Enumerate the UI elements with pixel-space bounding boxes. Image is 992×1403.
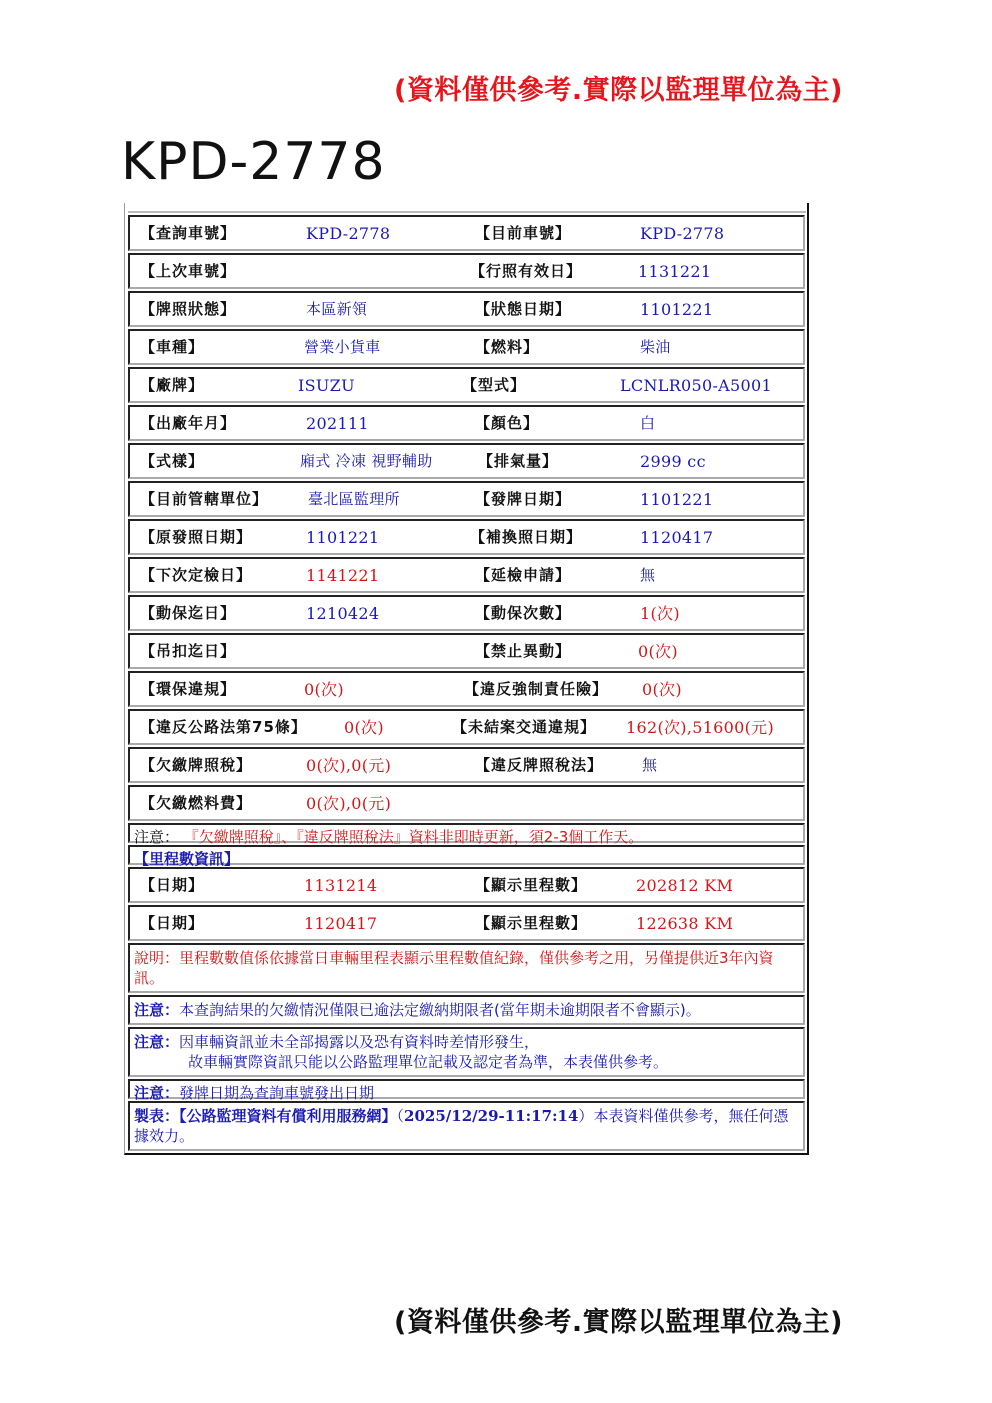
- tax-note: 注意： 『欠繳牌照稅』、『違反牌照稅法』資料非即時更新，須2-3個工作天。: [128, 823, 805, 843]
- note-text: 發牌日期為查詢車號發出日期: [179, 1084, 374, 1102]
- field-label: 【欠繳牌照稅】: [140, 749, 252, 782]
- field-value: 1141221: [306, 559, 379, 592]
- field-label: 【狀態日期】: [475, 293, 571, 326]
- field-value: ISUZU: [298, 369, 355, 402]
- info-row: 【上次車號】【行照有效日】1131221: [128, 253, 805, 289]
- field-value: 0(次),0(元): [306, 787, 391, 820]
- field-value: LCNLR050-A5001: [620, 369, 772, 402]
- note-text-line2: 故車輛實際資訊只能以公路監理單位記載及認定者為準，本表僅供參考。: [134, 1052, 799, 1072]
- mileage-date: 1120417: [304, 907, 377, 940]
- mileage-rows: 【日期】1131214【顯示里程數】202812 KM【日期】1120417【顯…: [125, 867, 807, 941]
- field-label: 【延檢申請】: [475, 559, 571, 592]
- mileage-section-title: 【里程數資訊】: [134, 850, 239, 868]
- field-label: 【禁止異動】: [475, 635, 571, 668]
- field-value: 2999 cc: [640, 445, 706, 478]
- field-value: 1210424: [306, 597, 379, 630]
- report-footer: 製表：【公路監理資料有償利用服務網】（2025/12/29-11:17:14）本…: [128, 1101, 805, 1151]
- field-label: 【行照有效日】: [470, 255, 582, 288]
- footer-paren-open: （: [397, 1107, 405, 1125]
- field-value: 廂式 冷凍 視野輔助: [300, 445, 433, 478]
- mileage-km: 122638 KM: [636, 907, 733, 940]
- table-top-spacer: [128, 203, 806, 213]
- field-label: 【違反公路法第75條】: [140, 711, 307, 744]
- field-value: 0(次),0(元): [306, 749, 391, 782]
- info-row: 【欠繳燃料費】0(次),0(元): [128, 785, 805, 821]
- field-value: 本區新領: [306, 293, 367, 326]
- field-label: 【補換照日期】: [470, 521, 582, 554]
- mileage-date-label: 【日期】: [140, 907, 204, 940]
- info-row: 【下次定檢日】1141221【延檢申請】無: [128, 557, 805, 593]
- mileage-explanation: 說明：里程數數值係依據當日車輛里程表顯示里程數值紀錄，僅供參考之用，另僅提供近3…: [128, 943, 805, 993]
- info-row: 【牌照狀態】本區新領【狀態日期】1101221: [128, 291, 805, 327]
- field-label: 【違反強制責任險】: [464, 673, 608, 706]
- info-row: 【原發照日期】1101221【補換照日期】1120417: [128, 519, 805, 555]
- field-value: 0(次): [638, 635, 678, 668]
- field-value: 0(次): [304, 673, 344, 706]
- mileage-date: 1131214: [304, 869, 377, 902]
- note-issue-date: 注意：發牌日期為查詢車號發出日期: [128, 1079, 805, 1099]
- page-title: KPD-2778: [121, 132, 386, 192]
- field-value: KPD-2778: [306, 217, 390, 250]
- vehicle-report-table: 【查詢車號】KPD-2778【目前車號】KPD-2778【上次車號】【行照有效日…: [124, 203, 809, 1155]
- field-label: 【動保迄日】: [140, 597, 236, 630]
- field-value: 無: [640, 559, 655, 592]
- field-value: 0(次): [344, 711, 384, 744]
- field-label: 【吊扣迄日】: [140, 635, 236, 668]
- mileage-row: 【日期】1120417【顯示里程數】122638 KM: [128, 905, 805, 941]
- mileage-explanation-text: 說明：里程數數值係依據當日車輛里程表顯示里程數值紀錄，僅供參考之用，另僅提供近3…: [134, 949, 774, 987]
- field-label: 【查詢車號】: [140, 217, 236, 250]
- field-label: 【未結案交通違規】: [452, 711, 596, 744]
- field-label: 【顏色】: [475, 407, 539, 440]
- field-label: 【型式】: [462, 369, 526, 402]
- field-value: 白: [640, 407, 655, 440]
- field-value: 1101221: [640, 293, 713, 326]
- tax-note-text: 『欠繳牌照稅』、『違反牌照稅法』資料非即時更新，須2-3個工作天。: [184, 828, 644, 846]
- field-value: 162(次),51600(元): [626, 711, 774, 744]
- note-prefix: 注意：: [134, 1033, 179, 1051]
- field-label: 【違反牌照稅法】: [475, 749, 603, 782]
- footer-timestamp: 2025/12/29-11:17:14: [404, 1107, 578, 1125]
- disclaimer-top: (資料僅供參考.實際以監理單位為主): [394, 68, 843, 107]
- field-value: 無: [642, 749, 657, 782]
- field-label: 【目前管轄單位】: [140, 483, 268, 516]
- field-label: 【原發照日期】: [140, 521, 252, 554]
- field-label: 【式樣】: [140, 445, 204, 478]
- disclaimer-bottom: (資料僅供參考.實際以監理單位為主): [394, 1300, 843, 1339]
- field-value: 1(次): [640, 597, 680, 630]
- note-disclosure: 注意：因車輛資訊並未全部揭露以及恐有資料時差情形發生， 故車輛實際資訊只能以公路…: [128, 1027, 805, 1077]
- field-label: 【發牌日期】: [475, 483, 571, 516]
- note-text: 本查詢結果的欠繳情況僅限已逾法定繳納期限者(當年期未逾期限者不會顯示)。: [179, 1001, 701, 1019]
- vehicle-info-rows: 【查詢車號】KPD-2778【目前車號】KPD-2778【上次車號】【行照有效日…: [125, 215, 807, 821]
- mileage-km-label: 【顯示里程數】: [475, 869, 587, 902]
- field-label: 【環保違規】: [140, 673, 236, 706]
- info-row: 【欠繳牌照稅】0(次),0(元)【違反牌照稅法】無: [128, 747, 805, 783]
- info-row: 【目前管轄單位】臺北區監理所【發牌日期】1101221: [128, 481, 805, 517]
- info-row: 【廠牌】ISUZU【型式】LCNLR050-A5001: [128, 367, 805, 403]
- field-label: 【出廠年月】: [140, 407, 236, 440]
- note-prefix: 注意：: [134, 1001, 179, 1019]
- field-label: 【欠繳燃料費】: [140, 787, 252, 820]
- field-label: 【車種】: [140, 331, 204, 364]
- mileage-km: 202812 KM: [636, 869, 733, 902]
- field-label: 【廠牌】: [140, 369, 204, 402]
- field-value: 臺北區監理所: [308, 483, 400, 516]
- tax-note-prefix: 注意：: [134, 828, 179, 846]
- field-value: 1101221: [640, 483, 713, 516]
- info-row: 【環保違規】0(次)【違反強制責任險】0(次): [128, 671, 805, 707]
- field-value: 0(次): [642, 673, 682, 706]
- field-value: 營業小貨車: [304, 331, 381, 364]
- field-value: 202111: [306, 407, 369, 440]
- field-label: 【動保次數】: [475, 597, 571, 630]
- note-overdue: 注意：本查詢結果的欠繳情況僅限已逾法定繳納期限者(當年期未逾期限者不會顯示)。: [128, 995, 805, 1025]
- info-row: 【出廠年月】202111【顏色】白: [128, 405, 805, 441]
- note-text: 因車輛資訊並未全部揭露以及恐有資料時差情形發生，: [179, 1033, 539, 1051]
- footer-paren-close: ）: [578, 1107, 593, 1125]
- field-value: 1101221: [306, 521, 379, 554]
- field-label: 【下次定檢日】: [140, 559, 252, 592]
- field-value: 1120417: [640, 521, 713, 554]
- footer-prefix: 製表：: [134, 1107, 179, 1125]
- note-prefix: 注意：: [134, 1084, 179, 1102]
- info-row: 【查詢車號】KPD-2778【目前車號】KPD-2778: [128, 215, 805, 251]
- field-label: 【牌照狀態】: [140, 293, 236, 326]
- mileage-section-header: 【里程數資訊】: [128, 845, 805, 865]
- footer-source: 【公路監理資料有償利用服務網】: [179, 1107, 397, 1125]
- info-row: 【式樣】廂式 冷凍 視野輔助【排氣量】2999 cc: [128, 443, 805, 479]
- field-label: 【目前車號】: [475, 217, 571, 250]
- mileage-row: 【日期】1131214【顯示里程數】202812 KM: [128, 867, 805, 903]
- field-value: 1131221: [638, 255, 711, 288]
- field-label: 【排氣量】: [478, 445, 558, 478]
- mileage-km-label: 【顯示里程數】: [475, 907, 587, 940]
- mileage-date-label: 【日期】: [140, 869, 204, 902]
- info-row: 【違反公路法第75條】0(次)【未結案交通違規】162(次),51600(元): [128, 709, 805, 745]
- field-value: 柴油: [640, 331, 671, 364]
- field-label: 【上次車號】: [140, 255, 236, 288]
- info-row: 【車種】營業小貨車【燃料】柴油: [128, 329, 805, 365]
- info-row: 【吊扣迄日】【禁止異動】0(次): [128, 633, 805, 669]
- info-row: 【動保迄日】1210424【動保次數】1(次): [128, 595, 805, 631]
- field-value: KPD-2778: [640, 217, 724, 250]
- field-label: 【燃料】: [475, 331, 539, 364]
